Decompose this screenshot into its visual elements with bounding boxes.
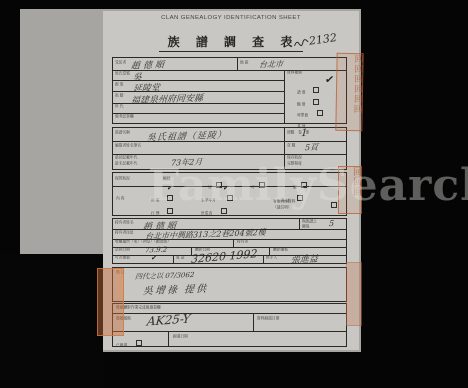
label-return-date: 資料歸還日期 [257, 317, 279, 321]
familysearch-watermark: FamilySearch [148, 160, 468, 211]
scribble-mark [293, 37, 310, 49]
value-relation: 5 [329, 219, 335, 228]
label-pages: 頁 數 [287, 144, 295, 148]
label-copy-permission: 可否複製 [115, 256, 130, 260]
scanned-document-frame: CLAN GENEALOGY IDENTIFICATION SHEET 族 譜 … [0, 0, 468, 388]
label-hall: 郡 望 [115, 83, 123, 87]
value-agent: 張進益 [291, 252, 319, 266]
label-surname: 姓氏堂號 [115, 72, 130, 76]
form-box-identity: 受訪者 趙德順 地 區 台北市 姓氏堂號 吳 郡 望 延陵堂 祖 籍 福建泉州府… [112, 57, 347, 124]
grid-line [168, 331, 169, 346]
value-reel-number: AK25-Y [146, 311, 191, 328]
seal-stamp-right-top: 回回回回回回 [335, 53, 363, 131]
label-compiler: 編纂者姓名筆名 [115, 144, 141, 148]
label-visit-date: 訪問日期 [115, 248, 130, 252]
checkmark: ✓ [150, 254, 157, 263]
checkbox [313, 87, 319, 93]
grid-line [299, 219, 300, 229]
form-header-english: CLAN GENEALOGY IDENTIFICATION SHEET [103, 15, 359, 20]
label-doc-type-header: 資料種類 [287, 71, 302, 75]
form-title: 族 譜 調 查 表 [159, 33, 304, 52]
value-remarks-line2: 吳增祿 提供 [142, 280, 208, 297]
seal-stamp-left-bottom: 回回回 [97, 268, 124, 336]
grid-line [233, 239, 234, 247]
value-pages: 5頁 [305, 142, 319, 153]
checkbox [136, 340, 142, 346]
checkbox [317, 110, 323, 116]
label-return-date-2: 歸還日期 [173, 335, 188, 339]
label-film-number: 攝影編號 [273, 248, 288, 252]
value-origin: 福建泉州府同安縣 [131, 91, 204, 107]
form-box-remarks: 備 註 四代之以 07/3062 吳增祿 提供 [112, 267, 347, 302]
grid-line [173, 255, 174, 263]
form-box-holder: 持有者姓名 趙德順 與族譜之 關係 5 持有者住址 台北市中興路313之2巷20… [112, 218, 347, 264]
grid-line [113, 113, 284, 114]
seal-stamp-right-low [346, 262, 362, 326]
value-visit-date: 73.9.2 [145, 246, 168, 255]
label-storage-place: 收藏處所（家）（祠堂）（圖書館） [115, 240, 171, 244]
label-agent: 經手人 [266, 256, 277, 260]
label-relation-1: 與族譜之 [302, 220, 317, 224]
returned-option: 已歸還 [116, 334, 142, 352]
label-interviewee: 受訪者 [115, 61, 126, 65]
grid-line [269, 247, 270, 255]
film-shadow [0, 254, 103, 388]
label-remarks-small: 備考記事欄 [115, 115, 134, 119]
checkmark: ✓ [324, 72, 335, 86]
value-region: 台北市 [259, 59, 284, 71]
label-relation-2: 關係 [302, 225, 309, 229]
label-storage: 保管狀況 [115, 177, 130, 181]
form-box-microfilm: 微縮攝影作業完成後填寫欄 微捲號碼 AK25-Y 資料歸還日期 已歸還 歸還日期 [112, 303, 347, 347]
value-volumes: 1 [301, 128, 308, 139]
grid-line [253, 313, 254, 331]
label-genealogy-name: 族譜名稱 [115, 131, 130, 135]
label-keeper: 持有者 [237, 240, 248, 244]
label-latest-date: 最末記載年代 [115, 162, 137, 166]
label-address: 持有者住址 [115, 231, 134, 235]
label-origin: 祖 籍 [115, 94, 123, 98]
grid-line [284, 70, 285, 123]
label-generations: 世 代 [115, 105, 123, 109]
label-holder: 持有者姓名 [115, 221, 134, 225]
grid-line [113, 154, 346, 155]
label-earliest-date: 最初記載年代 [115, 156, 137, 160]
label-content: 內 容 [116, 197, 124, 201]
grid-line [263, 255, 264, 263]
label-region: 地 區 [240, 61, 248, 65]
grid-line [237, 58, 238, 70]
grid-line [113, 331, 346, 332]
label-phone: 電 話 [176, 256, 184, 260]
